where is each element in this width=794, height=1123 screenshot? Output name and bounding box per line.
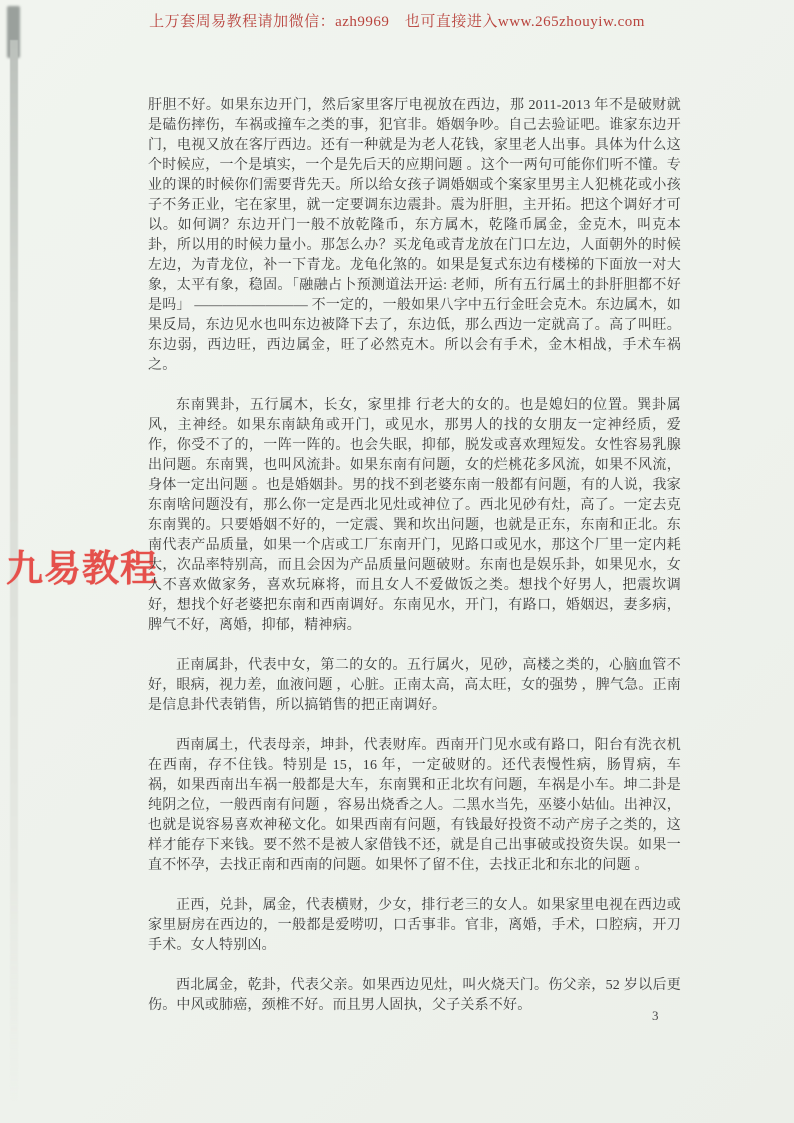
document-body: 肝胆不好。如果东边开门，然后家里客厅电视放在西边，那 2011-2013 年不是… (148, 96, 681, 1036)
paragraph: 肝胆不好。如果东边开门，然后家里客厅电视放在西边，那 2011-2013 年不是… (148, 96, 681, 376)
header-promo-text: 上万套周易教程请加微信：azh9969 也可直接进入www.265zhouyiw… (0, 10, 794, 31)
scanned-document-page: 上万套周易教程请加微信：azh9969 也可直接进入www.265zhouyiw… (0, 0, 794, 1123)
paragraph: 西北属金，乾卦，代表父亲。如果西边见灶，叫火烧天门。伤父亲，52 岁以后更伤。中… (148, 976, 681, 1016)
paragraph: 正南属卦，代表中女，第二的女的。五行属火，见砂，高楼之类的，心脑血管不好，眼病，… (148, 656, 681, 716)
watermark-stamp: 九易教程 (6, 538, 158, 592)
paragraph: 东南巽卦，五行属木，长女，家里排 行老大的女的。也是媳妇的位置。巽卦属风，主神经… (148, 396, 681, 636)
page-number: 3 (652, 1008, 659, 1024)
paragraph: 西南属土，代表母亲，坤卦，代表财库。西南开门见水或有路口，阳台有洗衣机在西南，存… (148, 736, 681, 876)
paragraph: 正西，兑卦，属金，代表横财，少女，排行老三的女人。如果家里电视在西边或家里厨房在… (148, 896, 681, 956)
